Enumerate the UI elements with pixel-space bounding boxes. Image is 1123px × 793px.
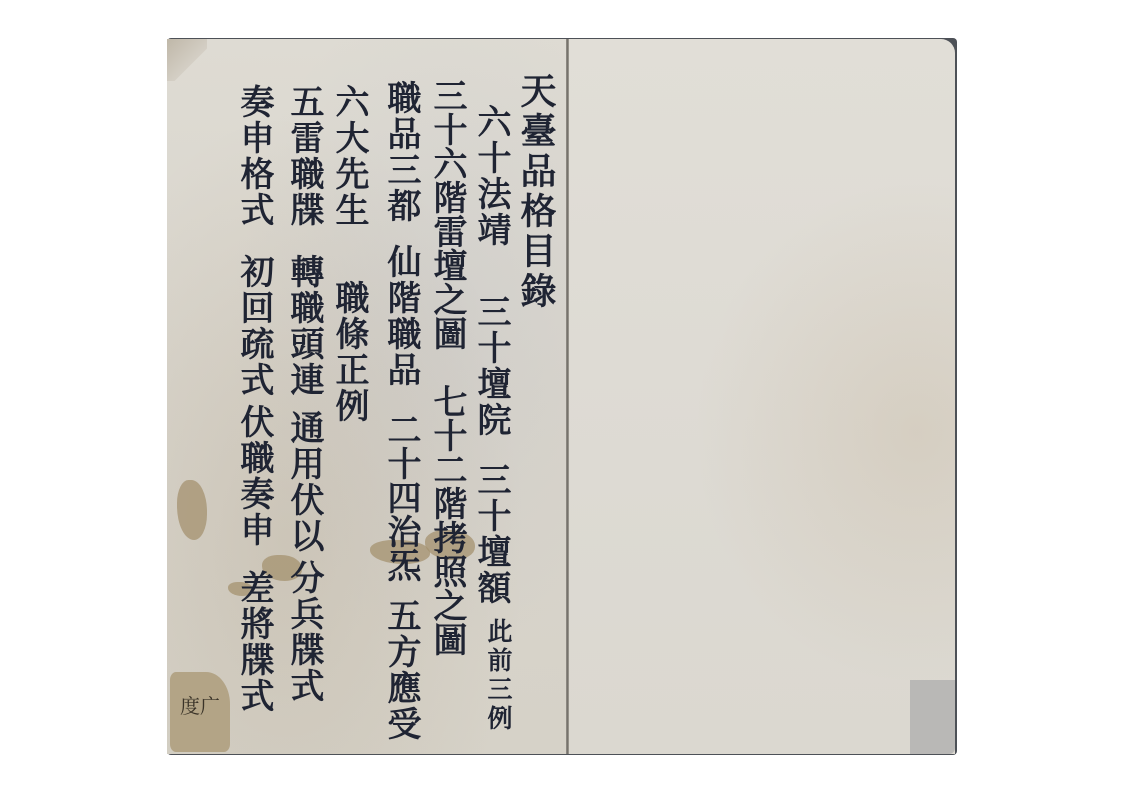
toc-column-2c: 三十壇額: [474, 462, 508, 606]
toc-entry: 五雷職牒: [287, 84, 321, 228]
toc-column-4: 職品三都: [384, 80, 418, 224]
toc-entry: 三十六階雷壇之圖: [430, 78, 464, 350]
toc-entry: 六十法靖: [474, 104, 508, 248]
toc-column-6: 五雷職牒: [287, 84, 321, 228]
toc-column-4d: 五方應受: [384, 598, 418, 742]
toc-column-6c: 通用伏以: [287, 410, 321, 554]
toc-column-5: 六大先生: [332, 84, 366, 228]
toc-title: 天臺品格目錄: [518, 72, 554, 312]
margin-note: 度广: [180, 690, 220, 719]
toc-entry: 通用伏以: [287, 410, 321, 554]
toc-note: 此前三例: [486, 618, 511, 734]
toc-column-4b: 仙階職品: [384, 244, 418, 388]
toc-column-4c: 二十四治炁: [384, 412, 418, 582]
toc-entry: 轉職頭連: [287, 254, 321, 398]
toc-entry: 職條正例: [332, 280, 366, 424]
annotation-note: 此前三例: [486, 618, 511, 734]
toc-entry: 五方應受: [384, 598, 418, 742]
toc-entry: 三十壇額: [474, 462, 508, 606]
toc-column-5b: 職條正例: [332, 280, 366, 424]
toc-entry: 奏申格式: [237, 84, 271, 228]
toc-column-3b: 七十二階拷照之圖: [430, 384, 464, 656]
toc-entry: 分兵牒式: [287, 560, 321, 704]
toc-column-7d: 差將牒式: [237, 570, 271, 714]
toc-entry: 三十壇院: [474, 294, 508, 438]
toc-entry: 七十二階拷照之圖: [430, 384, 464, 656]
toc-column-3: 三十六階雷壇之圖: [430, 78, 464, 350]
toc-entry: 六大先生: [332, 84, 366, 228]
worn-corner: [910, 680, 955, 754]
toc-entry: 二十四治炁: [384, 412, 418, 582]
toc-entry: 職品三都: [384, 80, 418, 224]
toc-entry: 初回疏式: [237, 254, 271, 398]
right-page-blank: [569, 39, 955, 754]
toc-column-7c: 伏職奏申: [237, 404, 271, 548]
toc-column-6d: 分兵牒式: [287, 560, 321, 704]
toc-entry: 伏職奏申: [237, 404, 271, 548]
toc-entry: 差將牒式: [237, 570, 271, 714]
title-text: 天臺品格目錄: [518, 72, 554, 312]
toc-column-6b: 轉職頭連: [287, 254, 321, 398]
toc-entry: 仙階職品: [384, 244, 418, 388]
book-spine: [566, 39, 569, 754]
folded-corner: [167, 39, 207, 81]
toc-column-7b: 初回疏式: [237, 254, 271, 398]
toc-column-2b: 三十壇院: [474, 294, 508, 438]
toc-column-7: 奏申格式: [237, 84, 271, 228]
toc-column-2: 六十法靖: [474, 104, 508, 248]
